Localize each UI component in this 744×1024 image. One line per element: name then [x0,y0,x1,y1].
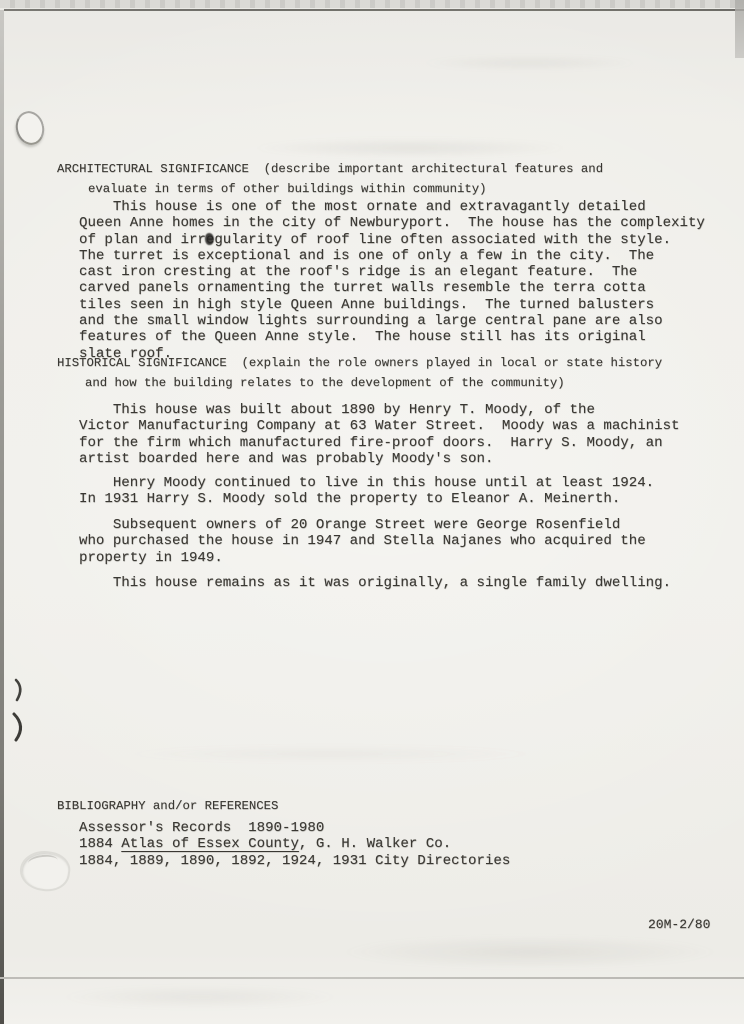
bibliography-entry-1: Assessor's Records 1890-1980 [79,820,324,836]
document-page: ARCHITECTURAL SIGNIFICANCE (describe imp… [0,0,744,1024]
historical-paragraph-3: Subsequent owners of 20 Orange Street we… [79,517,646,566]
bibliography-entry-2-suffix: , G. H. Walker Co. [299,836,451,852]
historical-paragraph-2: Henry Moody continued to live in this ho… [79,475,654,508]
historical-heading: HISTORICAL SIGNIFICANCE (explain the rol… [57,356,662,371]
historical-paragraph-4: This house remains as it was originally,… [79,575,671,591]
bleedthrough-smudge [250,138,570,158]
bibliography-heading: BIBLIOGRAPHY and/or REFERENCES [57,799,278,814]
bibliography-entry-2: 1884 Atlas of Essex County, G. H. Walker… [79,836,451,852]
architectural-heading: ARCHITECTURAL SIGNIFICANCE (describe imp… [57,162,603,177]
bibliography-entry-2-title: Atlas of Essex County [121,836,299,852]
architectural-body: This house is one of the most ornate and… [79,199,705,362]
bleedthrough-smudge [120,745,540,763]
scan-top-edge-line [4,9,744,11]
bleedthrough-smudge [420,55,640,71]
bibliography-entry-2-prefix: 1884 [79,836,121,852]
pen-marks [10,676,38,744]
bibliography-entry-3: 1884, 1889, 1890, 1892, 1924, 1931 City … [79,853,510,869]
bleedthrough-smudge [60,985,340,1009]
hole-punch-top-left [12,108,47,148]
architectural-heading-cont: evaluate in terms of other buildings wit… [88,182,486,197]
historical-heading-cont: and how the building relates to the deve… [85,376,565,391]
paper-bottom-edge [0,977,744,979]
scan-left-edge-line [0,10,4,1024]
scan-top-edge-dashes [0,0,744,8]
bleedthrough-smudge [340,935,720,969]
form-code: 20M-2/80 [648,917,710,933]
historical-paragraph-1: This house was built about 1890 by Henry… [79,402,680,467]
scan-corner-shadow [735,0,744,58]
typewriter-overstrike-mark [205,233,214,245]
